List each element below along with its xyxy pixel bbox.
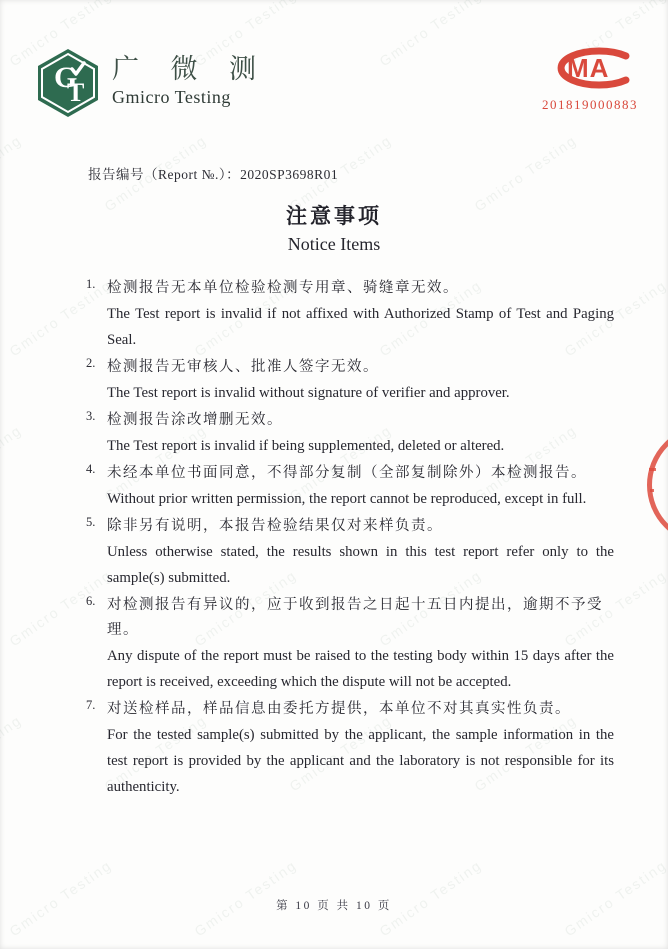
item-text-cn: 对送检样品，样品信息由委托方提供，本单位不对其真实性负责。	[107, 697, 614, 722]
page-title-en: Notice Items	[0, 234, 668, 255]
item-text-en: Any dispute of the report must be raised…	[107, 643, 614, 695]
item-text-en: The Test report is invalid if not affixe…	[107, 301, 614, 353]
svg-text:MA: MA	[567, 53, 609, 83]
item-number: 3.	[86, 408, 107, 460]
item-text-cn: 检测报告无审核人、批准人签字无效。	[107, 355, 614, 380]
paging-seal-mark	[649, 468, 656, 471]
svg-text:T: T	[67, 78, 84, 107]
item-number: 4.	[86, 461, 107, 513]
item-text-en: For the tested sample(s) submitted by th…	[107, 722, 614, 800]
item-number: 5.	[86, 514, 107, 592]
item-number: 7.	[86, 697, 107, 801]
page-number-footer: 第 10 页 共 10 页	[0, 897, 668, 913]
item-text-cn: 未经本单位书面同意，不得部分复制（全部复制除外）本检测报告。	[107, 461, 614, 486]
notice-item-3: 3. 检测报告涂改增删无效。 The Test report is invali…	[86, 408, 614, 460]
item-number: 1.	[86, 276, 107, 354]
item-number: 2.	[86, 355, 107, 407]
brand-name-cn: 广 微 测	[112, 55, 268, 85]
item-text-en: The Test report is invalid without signa…	[107, 380, 614, 406]
paging-seal-edge	[647, 425, 668, 545]
notice-item-4: 4. 未经本单位书面同意，不得部分复制（全部复制除外）本检测报告。 Withou…	[86, 461, 614, 513]
item-number: 6.	[86, 593, 107, 696]
item-text-cn: 除非另有说明，本报告检验结果仅对来样负责。	[107, 514, 614, 539]
watermark-text: Gmicro Testing	[376, 0, 484, 69]
notice-item-2: 2. 检测报告无审核人、批准人签字无效。 The Test report is …	[86, 355, 614, 407]
title-block: 注意事项 Notice Items	[0, 200, 668, 255]
item-text-en: Unless otherwise stated, the results sho…	[107, 539, 614, 591]
item-text-cn: 检测报告涂改增删无效。	[107, 408, 614, 433]
notice-item-5: 5. 除非另有说明，本报告检验结果仅对来样负责。 Unless otherwis…	[86, 514, 614, 592]
item-text-en: Without prior written permission, the re…	[107, 486, 614, 512]
watermark-text: Gmicro Testing	[0, 712, 25, 795]
report-number-line: 报告编号（Report №.）：2020SP3698R01	[88, 163, 338, 183]
gt-hexagon-logo-icon: G T	[34, 47, 102, 119]
report-number-label: 报告编号（Report №.）：	[88, 167, 240, 182]
item-text-en: The Test report is invalid if being supp…	[107, 433, 614, 459]
cma-mark-block: MA 201819000883	[540, 46, 640, 113]
notice-list: 1. 检测报告无本单位检验检测专用章、骑缝章无效。 The Test repor…	[86, 276, 614, 802]
notice-item-7: 7. 对送检样品，样品信息由委托方提供，本单位不对其真实性负责。 For the…	[86, 697, 614, 801]
brand-text: 广 微 测 Gmicro Testing	[112, 47, 268, 108]
notice-item-1: 1. 检测报告无本单位检验检测专用章、骑缝章无效。 The Test repor…	[86, 276, 614, 354]
item-text-cn: 对检测报告有异议的，应于收到报告之日起十五日内提出，逾期不予受理。	[107, 593, 614, 643]
watermark-text: Gmicro Testing	[0, 422, 25, 505]
page-title-cn: 注意事项	[0, 200, 668, 230]
paging-seal-mark	[650, 489, 654, 492]
report-number-value: 2020SP3698R01	[240, 167, 338, 182]
brand-block: G T 广 微 测 Gmicro Testing	[34, 47, 268, 119]
item-text-cn: 检测报告无本单位检验检测专用章、骑缝章无效。	[107, 276, 614, 301]
cma-logo-icon: MA	[542, 46, 638, 90]
brand-name-en: Gmicro Testing	[112, 87, 268, 108]
cma-certificate-number: 201819000883	[540, 97, 640, 113]
notice-item-6: 6. 对检测报告有异议的，应于收到报告之日起十五日内提出，逾期不予受理。 Any…	[86, 593, 614, 696]
report-page: Gmicro TestingGmicro TestingGmicro Testi…	[0, 0, 668, 949]
